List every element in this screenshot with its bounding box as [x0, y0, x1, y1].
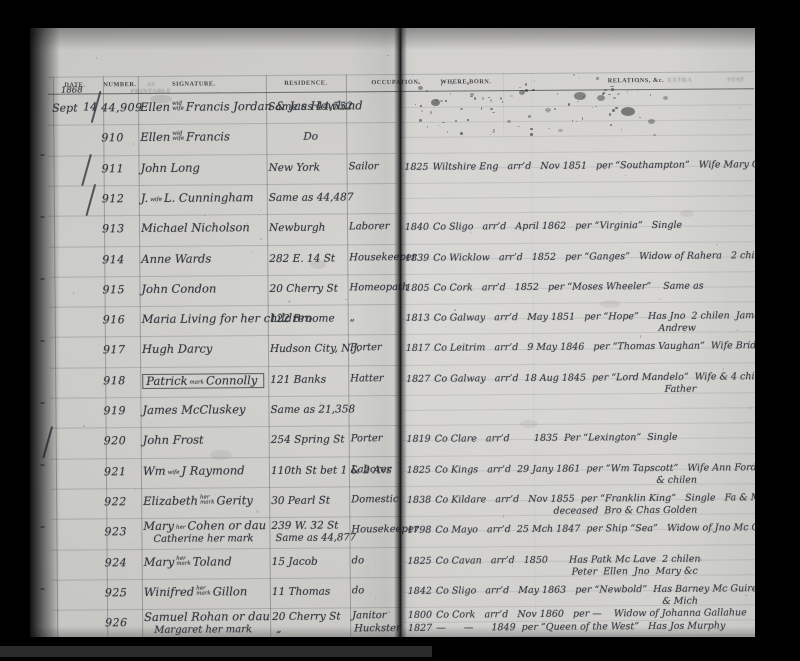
- origin-arrival-text: Co Galway arr’d May 1851 per “Hope” Has …: [434, 310, 777, 325]
- birth-year: 1825: [404, 555, 432, 567]
- origin-arrival-text: Co Sligo arr’d May 1863 per “Newbold” Ha…: [436, 583, 758, 598]
- residence-value: Same as 44,487: [269, 191, 354, 204]
- column-header-signature: SIGNATURE.: [164, 80, 224, 87]
- scan-border-top: [0, 0, 800, 28]
- birth-year: 1838: [403, 495, 431, 507]
- origin-arrival-text: — — 1849 per “Queen of the West” Has Jos…: [436, 621, 725, 635]
- signature-annotation: widwife: [172, 132, 184, 142]
- residence-value: Same as 21,358: [270, 403, 355, 416]
- origin-arrival-text: Co Sligo arr’d April 1862 per “Virginia”…: [433, 220, 682, 234]
- origin-arrival-text: Co Cork arr’d 1852 per “Moses Wheeler” S…: [433, 280, 703, 294]
- origin-arrival-text: Co Cork arr’d Nov 1860 per — Widow of Jo…: [436, 607, 747, 621]
- origin-arrival-text: Co Mayo arr’d 25 Mch 1847 per Ship “Sea”…: [435, 522, 777, 537]
- ledger-scan: DATE. NUMBER. AS PRINTABLE SIGNATURE. RE…: [0, 0, 800, 661]
- continuation-text: Father: [665, 383, 697, 395]
- origin-arrival-text: Co Wicklow arr’d 1852 per “Ganges” Widow…: [433, 250, 769, 265]
- residence-value: Same as 44,552: [268, 100, 353, 113]
- page-gutter: [394, 28, 407, 638]
- account-number: 44,909: [101, 102, 143, 114]
- book-spine-shadow: [30, 28, 60, 638]
- scan-border-left: [0, 0, 30, 661]
- origin-arrival-text: Co Kings arr’d 29 Jany 1861 per “Wm Taps…: [435, 462, 757, 477]
- signature-annotation: widwife: [172, 102, 184, 112]
- scan-border-right: [755, 0, 800, 661]
- signature-value: J.wifeL. Cunningham: [141, 191, 254, 204]
- column-header-where-born: WHERE BORN.: [426, 78, 506, 86]
- origin-arrival-text: Co Leitrim arr’d 9 May 1846 per “Thomas …: [434, 340, 800, 355]
- origin-arrival-text: Wiltshire Eng arr’d Nov 1851 per “Southa…: [433, 159, 787, 174]
- account-number: 910: [101, 132, 124, 144]
- signature-value: EllenwidwifeFrancis: [140, 131, 230, 144]
- signature-value: James McCluskey: [142, 403, 245, 416]
- residence-value: Do: [303, 131, 318, 143]
- origin-arrival-text: Co Clare arr’d 1835 Per “Lexington” Sing…: [435, 432, 678, 446]
- scan-border-strip: [0, 646, 432, 657]
- column-header-faint-b: STAT: [716, 76, 756, 83]
- account-number: 912: [102, 193, 125, 205]
- birth-year: 1825: [403, 464, 431, 476]
- birth-year: 1798: [403, 525, 431, 537]
- birth-year: 1827: [404, 623, 432, 635]
- account-number: 919: [103, 405, 126, 417]
- signature-annotation: wife: [150, 198, 162, 203]
- origin-arrival-text: Co Galway arr’d 18 Aug 1845 per “Lord Ma…: [434, 371, 769, 386]
- birth-year: 1800: [404, 610, 432, 622]
- column-header-faint-a: EXTRA: [660, 77, 700, 84]
- column-header-residence: RESIDENCE.: [276, 79, 336, 86]
- birth-year: 1842: [404, 586, 432, 598]
